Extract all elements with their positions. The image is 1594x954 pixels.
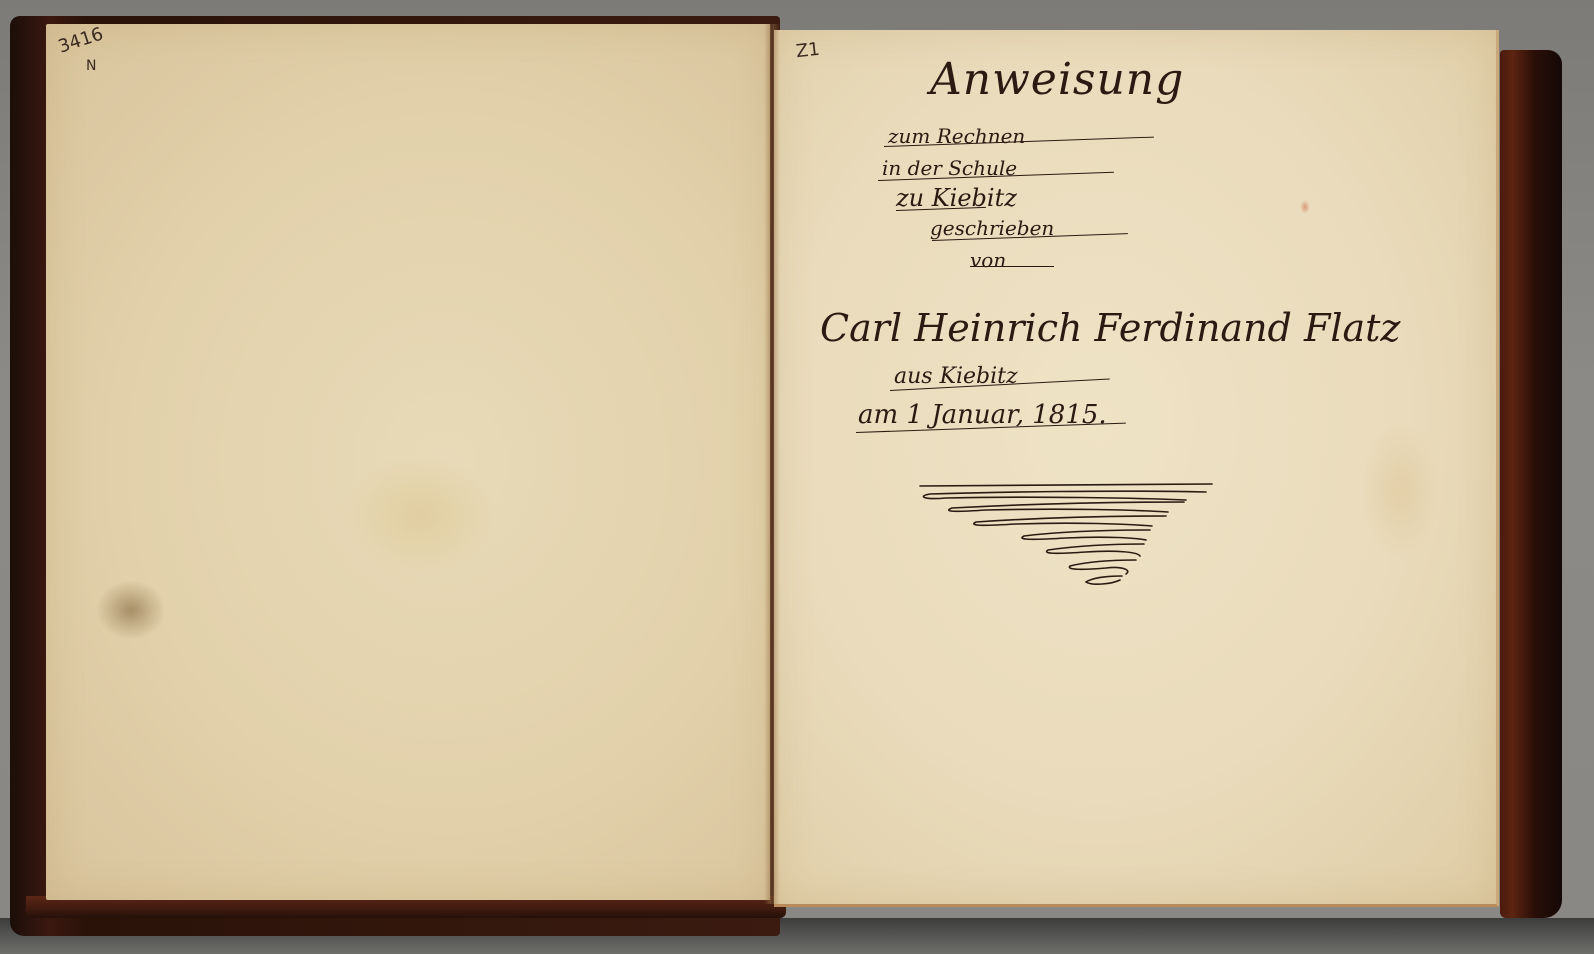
author-name: Carl Heinrich Ferdinand Flatz (820, 306, 1400, 350)
left-page (46, 24, 770, 900)
ink-stain (96, 580, 166, 640)
subtitle-underline-5 (970, 266, 1054, 267)
document-title: Anweisung (930, 54, 1184, 105)
book-gutter (764, 24, 780, 904)
foxing-stain (1360, 420, 1440, 560)
folio-mark: Z1 (795, 39, 821, 62)
subtitle-line-5: von (970, 248, 1006, 272)
calligraphic-flourish-icon (916, 480, 1216, 590)
shelfmark-letter: N (86, 58, 96, 74)
book-scan: 3416 N Z1 Anweisung zum Rechnen in der S… (0, 0, 1594, 954)
book-cover-right (1500, 50, 1562, 918)
red-stain (1300, 200, 1310, 214)
